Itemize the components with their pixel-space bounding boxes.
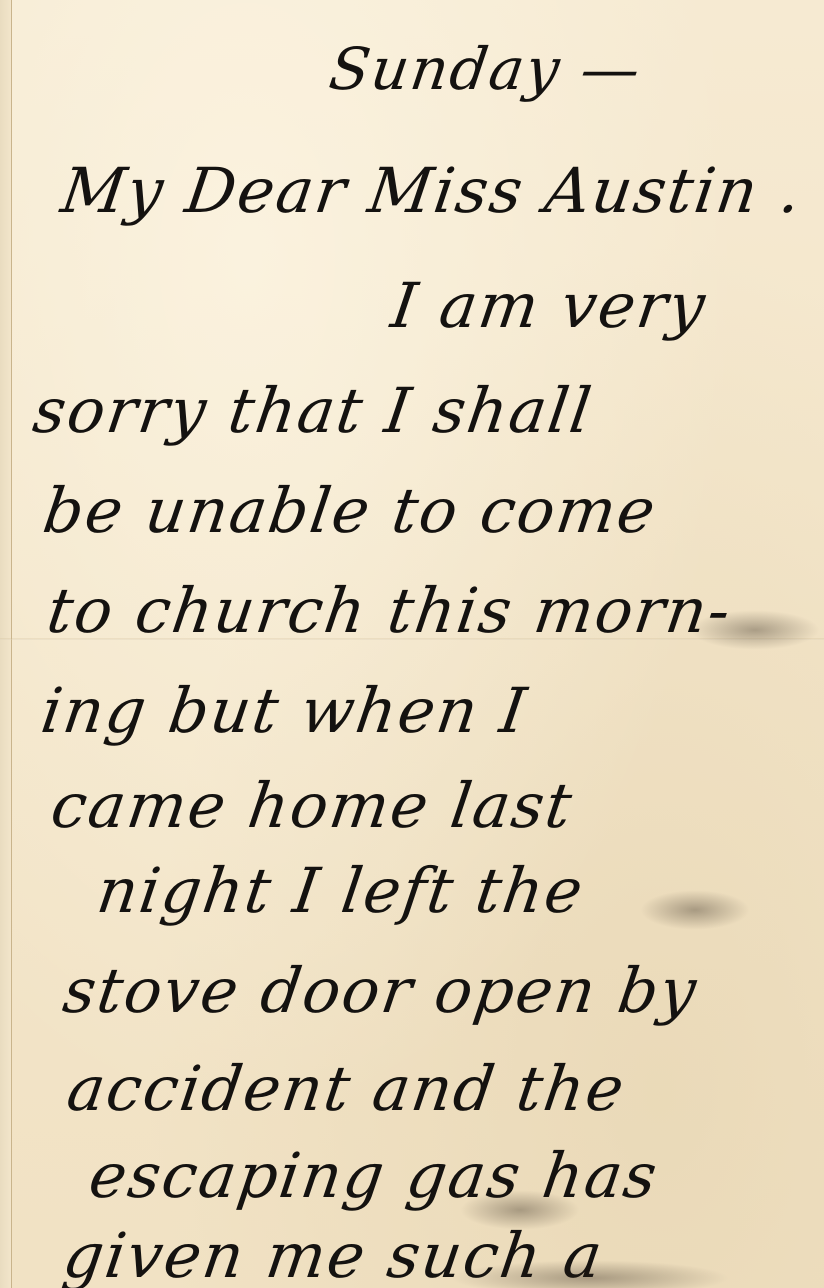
letter-body-line: I am very (388, 275, 711, 337)
letter-body-line: be unable to come (40, 480, 661, 542)
letter-dateline: Sunday — (326, 40, 646, 98)
ink-smudge (640, 890, 750, 930)
letter-page: Sunday — My Dear Miss Austin . I am very… (0, 0, 824, 1288)
letter-body-line: escaping gas has (86, 1145, 663, 1207)
paper-edge (0, 0, 11, 1288)
paper-edge-line (11, 0, 12, 1288)
letter-body-line: came home last (48, 775, 578, 837)
letter-salutation: My Dear Miss Austin . (58, 160, 807, 222)
ink-smudge (690, 610, 820, 650)
letter-body-line: sorry that I shall (30, 380, 597, 442)
letter-body-line: accident and the (64, 1058, 630, 1120)
letter-body-line: stove door open by (60, 960, 702, 1022)
ink-smudge (460, 1190, 580, 1230)
letter-body-line: ing but when I (38, 680, 532, 742)
letter-body-line: to church this morn- (44, 580, 736, 642)
letter-body-line: night I left the (94, 860, 589, 922)
ink-smudge (450, 1260, 730, 1288)
